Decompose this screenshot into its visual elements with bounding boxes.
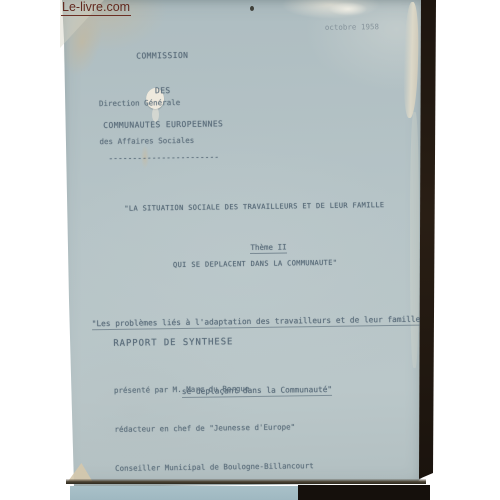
- credit-line-1: présenté par M. Marc du Bergue: [114, 381, 313, 397]
- theme-heading: Thème II: [73, 231, 437, 263]
- typewritten-text-layer: COMMISSION DES COMMUNAUTES EUROPEENNES -…: [0, 0, 500, 500]
- credit-line-3: Conseiller Municipal de Boulogne-Billanc…: [115, 459, 314, 475]
- author-credits: présenté par M. Marc du Bergue rédacteur…: [113, 355, 314, 500]
- report-type-heading: RAPPORT DE SYNTHESE: [113, 337, 233, 349]
- dept-line-1: Direction Générale: [99, 97, 194, 111]
- dept-line-2: des Affaires Sociales: [99, 134, 194, 148]
- department-header: Direction Générale des Affaires Sociales: [99, 72, 195, 173]
- title-line-1: "LA SITUATION SOCIALE DES TRAVAILLEURS E…: [72, 195, 436, 219]
- theme-heading-text: Thème II: [250, 242, 286, 254]
- org-line-1: COMMISSION: [97, 49, 227, 62]
- date-stamp: octobre 1958: [313, 22, 391, 32]
- photo-of-document-cover: COMMISSION DES COMMUNAUTES EUROPEENNES -…: [0, 0, 500, 500]
- le-livre-watermark: Le-livre.com: [61, 0, 131, 16]
- subtitle-line-1: "Les problèmes liés à l'adaptation des t…: [92, 315, 421, 331]
- credit-line-2: rédacteur en chef de "Jeunesse d'Europe": [114, 420, 313, 436]
